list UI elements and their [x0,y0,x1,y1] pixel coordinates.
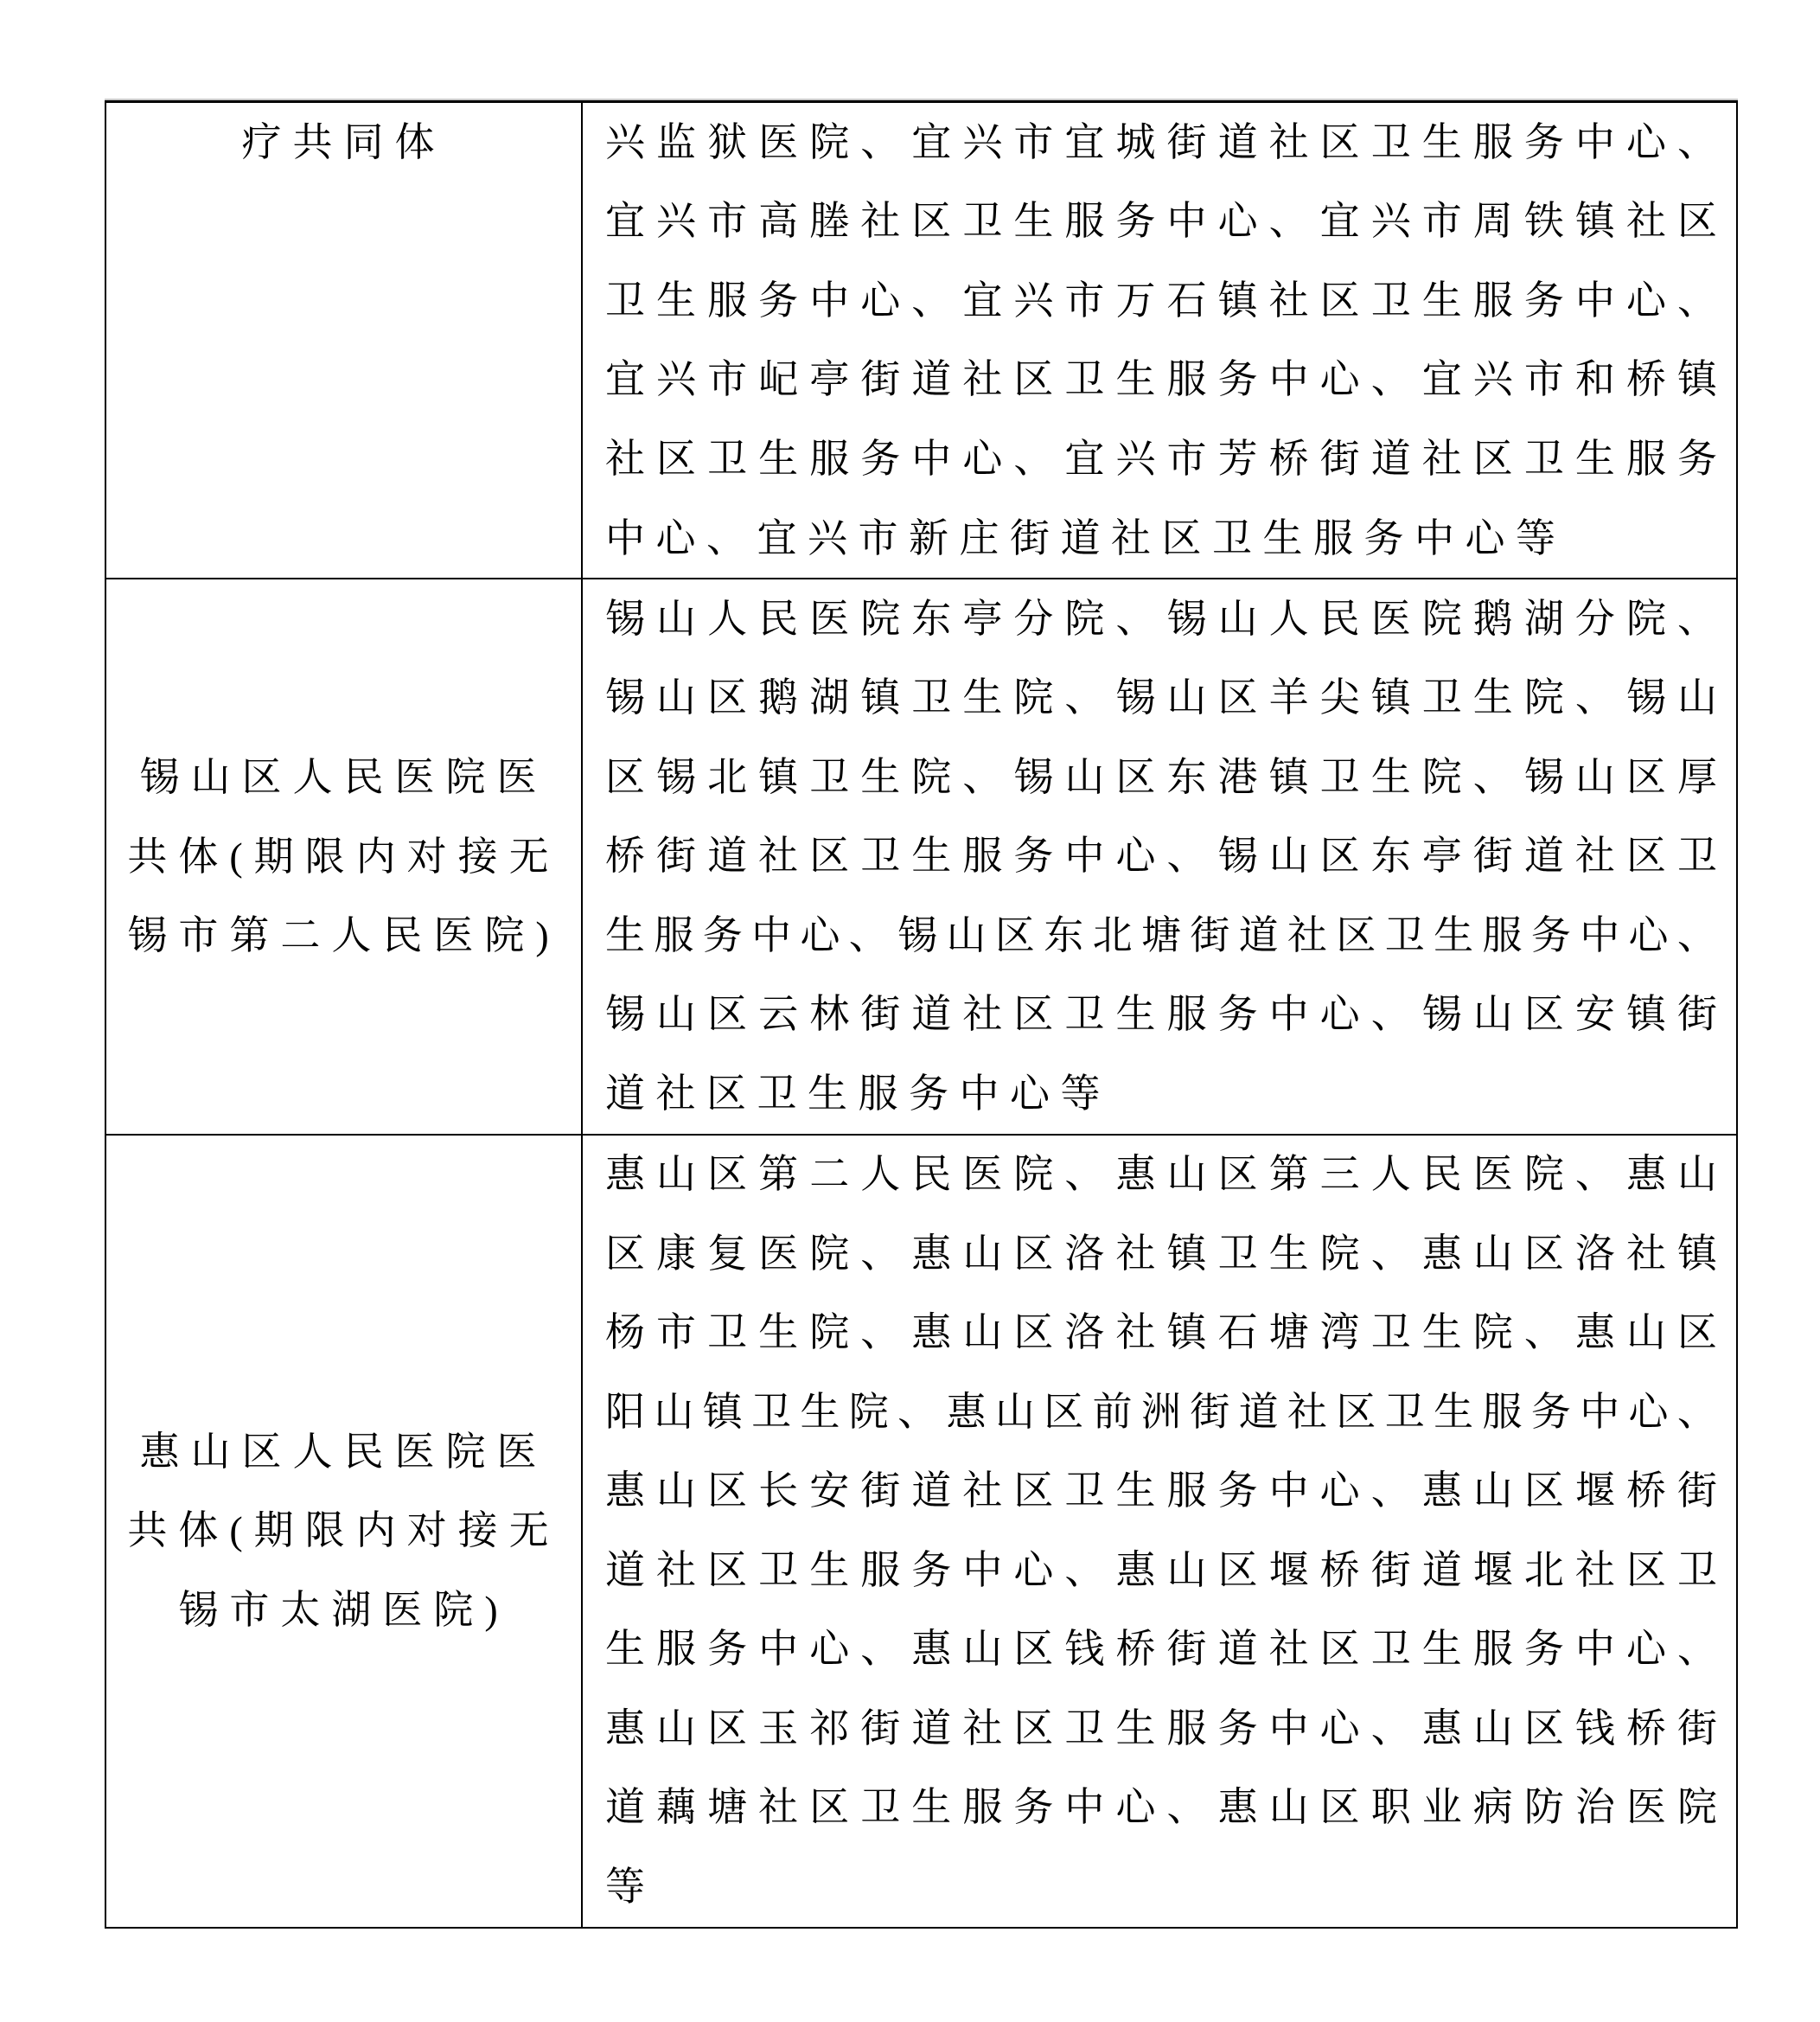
group-name-line: 锡市太湖医院) [113,1571,574,1650]
member-institutions-line: 惠山区第二人民医院、惠山区第三人民医院、惠山 [605,1136,1717,1215]
member-institutions-line: 等 [605,1847,1717,1927]
member-institutions-line: 生服务中心、惠山区钱桥街道社区卫生服务中心、 [605,1610,1717,1690]
member-institutions-line: 锡山区云林街道社区卫生服务中心、锡山区安镇街 [605,976,1717,1055]
group-name-line: 锡市第二人民医院) [113,896,574,976]
group-name-cell: 惠山区人民医院医共体(期限内对接无锡市太湖医院) [106,1136,581,1927]
medical-community-table: 疗共同体兴监狱医院、宜兴市宜城街道社区卫生服务中心、宜兴市高塍社区卫生服务中心、… [105,100,1738,1929]
group-name-line: 锡山区人民医院医 [113,738,574,817]
group-name-line: 共体(期限内对接无 [113,1491,574,1571]
group-name-line: 惠山区人民医院医 [113,1412,574,1492]
member-institutions-line: 宜兴市屺亭街道社区卫生服务中心、宜兴市和桥镇 [605,341,1717,420]
member-institutions-line: 卫生服务中心、宜兴市万石镇社区卫生服务中心、 [605,261,1717,341]
member-institutions-line: 兴监狱医院、宜兴市宜城街道社区卫生服务中心、 [605,103,1717,182]
member-institutions-line: 中心、宜兴市新庄街道社区卫生服务中心等 [605,499,1717,579]
member-institutions-line: 锡山区鹅湖镇卫生院、锡山区羊尖镇卫生院、锡山 [605,659,1717,739]
member-institutions-line: 道社区卫生服务中心等 [605,1054,1717,1134]
member-institutions-line: 惠山区长安街道社区卫生服务中心、惠山区堰桥街 [605,1452,1717,1532]
table-row: 惠山区人民医院医共体(期限内对接无锡市太湖医院)惠山区第二人民医院、惠山区第三人… [106,1134,1736,1927]
group-name-line: 疗共同体 [113,103,574,182]
member-institutions-cell: 兴监狱医院、宜兴市宜城街道社区卫生服务中心、宜兴市高塍社区卫生服务中心、宜兴市周… [581,103,1736,578]
member-institutions-line: 生服务中心、锡山区东北塘街道社区卫生服务中心、 [605,896,1717,976]
member-institutions-line: 宜兴市高塍社区卫生服务中心、宜兴市周铁镇社区 [605,182,1717,262]
group-name-cell: 锡山区人民医院医共体(期限内对接无锡市第二人民医院) [106,579,581,1134]
member-institutions-line: 区锡北镇卫生院、锡山区东港镇卫生院、锡山区厚 [605,738,1717,817]
group-name-line: 共体(期限内对接无 [113,817,574,897]
member-institutions-line: 社区卫生服务中心、宜兴市芳桥街道社区卫生服务 [605,419,1717,499]
member-institutions-line: 阳山镇卫生院、惠山区前洲街道社区卫生服务中心、 [605,1373,1717,1452]
member-institutions-line: 桥街道社区卫生服务中心、锡山区东亭街道社区卫 [605,817,1717,897]
member-institutions-line: 锡山人民医院东亭分院、锡山人民医院鹅湖分院、 [605,579,1717,659]
table-row: 锡山区人民医院医共体(期限内对接无锡市第二人民医院)锡山人民医院东亭分院、锡山人… [106,578,1736,1134]
member-institutions-line: 杨市卫生院、惠山区洛社镇石塘湾卫生院、惠山区 [605,1294,1717,1373]
member-institutions-line: 区康复医院、惠山区洛社镇卫生院、惠山区洛社镇 [605,1214,1717,1294]
group-name-cell: 疗共同体 [106,103,581,578]
member-institutions-cell: 锡山人民医院东亭分院、锡山人民医院鹅湖分院、锡山区鹅湖镇卫生院、锡山区羊尖镇卫生… [581,579,1736,1134]
member-institutions-line: 道藕塘社区卫生服务中心、惠山区职业病防治医院 [605,1769,1717,1848]
table-row: 疗共同体兴监狱医院、宜兴市宜城街道社区卫生服务中心、宜兴市高塍社区卫生服务中心、… [106,103,1736,578]
member-institutions-line: 道社区卫生服务中心、惠山区堰桥街道堰北社区卫 [605,1531,1717,1610]
member-institutions-line: 惠山区玉祁街道社区卫生服务中心、惠山区钱桥街 [605,1689,1717,1769]
member-institutions-cell: 惠山区第二人民医院、惠山区第三人民医院、惠山区康复医院、惠山区洛社镇卫生院、惠山… [581,1136,1736,1927]
